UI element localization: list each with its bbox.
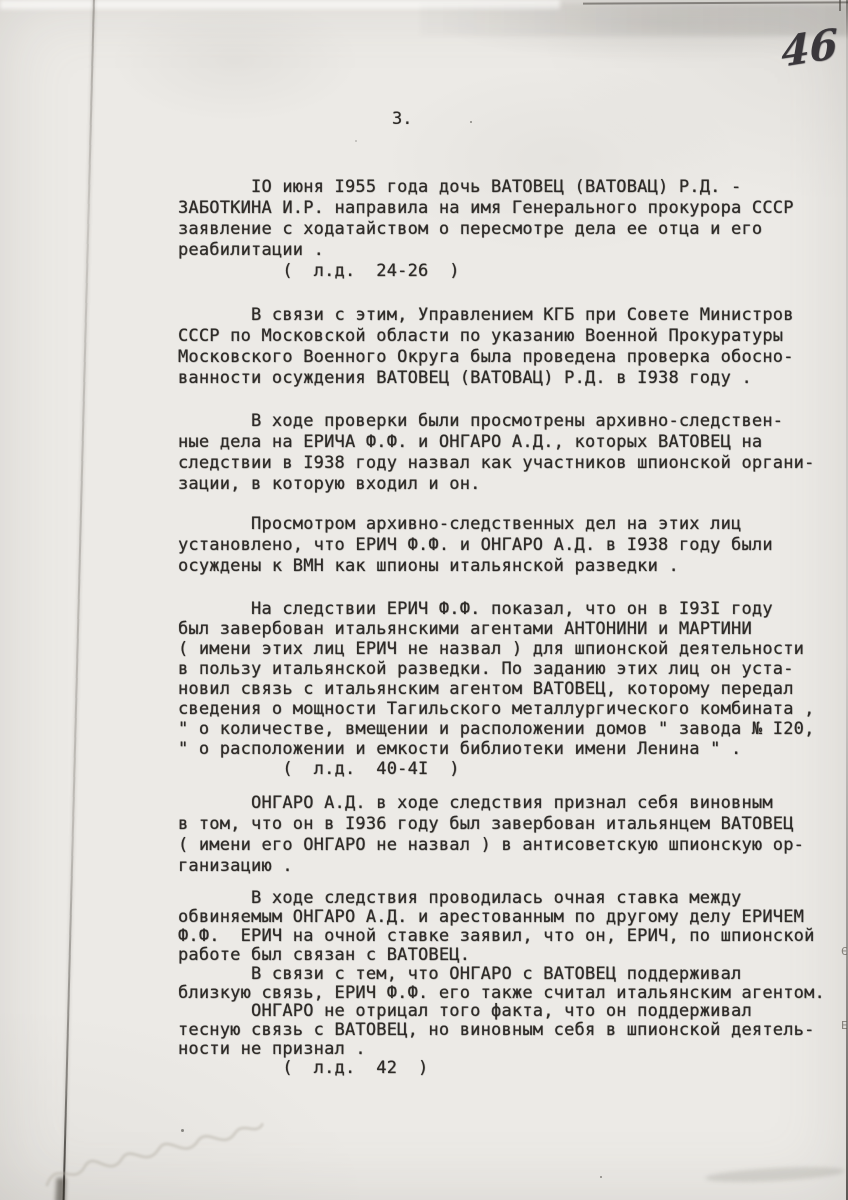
bottom-right-smudge	[705, 1164, 845, 1184]
scanned-document-page: Є Е 46 3. IO июня I955 года дочь ВАТОВЕЦ…	[0, 0, 848, 1200]
paper-speck	[470, 121, 472, 123]
paragraph-case-files: В ходе проверки были просмотрены архивно…	[178, 411, 815, 495]
paragraph-review-findings: Просмотром архивно-следственных дел на э…	[178, 514, 773, 577]
bleed-through-handwriting-mark	[31, 1098, 274, 1200]
paper-speck	[355, 140, 357, 142]
paragraph-ongaro-confession: ОНГАРО А.Д. в ходе следствия признал себ…	[178, 793, 804, 877]
paragraph-petition: IO июня I955 года дочь ВАТОВЕЦ (ВАТОВАЦ)…	[178, 177, 794, 282]
paragraph-erich-testimony: На следствии ЕРИЧ Ф.Ф. показал, что он в…	[178, 599, 815, 779]
adjacent-page-edge-mark: Є	[841, 946, 848, 957]
paragraph-ongaro-denial: ОНГАРО не отрицал того факта, что он под…	[178, 1002, 815, 1078]
adjacent-page-edge-mark: Е	[841, 1020, 848, 1031]
paper-speck	[600, 1176, 602, 1178]
paragraph-confrontation: В ходе следствия проводилась очная ставк…	[178, 889, 825, 1003]
paragraph-kgb-review: В связи с этим, Управлением КГБ при Сове…	[178, 305, 794, 389]
scan-top-edge-tick	[839, 0, 841, 11]
fold-crease-line	[62, 0, 95, 1200]
handwritten-folio-number: 46	[781, 21, 838, 74]
page-number: 3.	[392, 109, 412, 130]
